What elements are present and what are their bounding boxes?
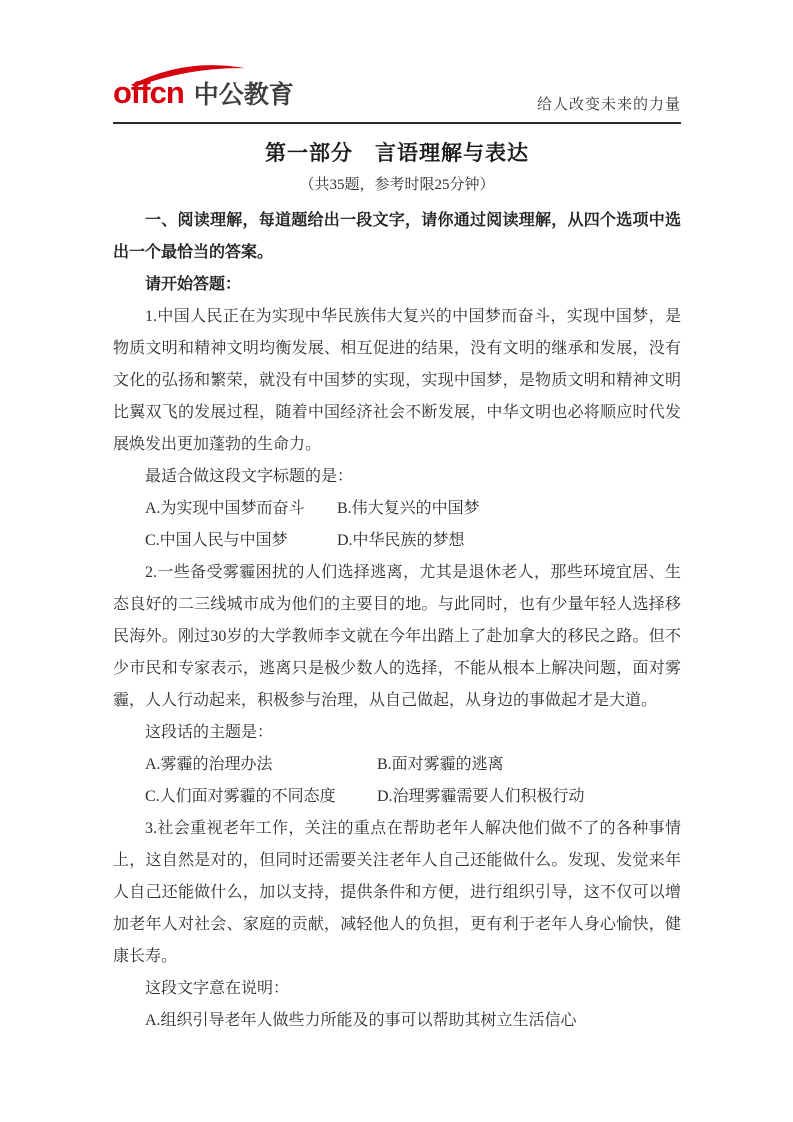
question-1-option-row-ab: A.为实现中国梦而奋斗B.伟大复兴的中国梦	[113, 493, 681, 525]
question-2-option-a: A.雾霾的治理办法	[145, 749, 377, 781]
question-2-option-row-ab: A.雾霾的治理办法B.面对雾霾的逃离	[113, 749, 681, 781]
question-1: 1.中国人民正在为实现中华民族伟大复兴的中国梦而奋斗，实现中国梦，是物质文明和精…	[113, 301, 681, 557]
header-divider	[113, 122, 681, 124]
begin-prompt: 请开始答题：	[113, 269, 681, 301]
question-2-option-b: B.面对雾霾的逃离	[377, 756, 504, 773]
question-2-option-d: D.治理雾霾需要人们积极行动	[377, 788, 585, 805]
question-1-option-b: B.伟大复兴的中国梦	[337, 500, 480, 517]
question-1-option-c: C.中国人民与中国梦	[145, 525, 337, 557]
question-3: 3.社会重视老年工作，关注的重点在帮助老年人解决他们做不了的各种事情上，这自然是…	[113, 813, 681, 1037]
question-1-prompt: 最适合做这段文字标题的是：	[113, 461, 681, 493]
section-subtitle: （共35题，参考时限25分钟）	[113, 174, 681, 196]
question-1-option-d: D.中华民族的梦想	[337, 532, 465, 549]
question-3-option-a: A.组织引导老年人做些力所能及的事可以帮助其树立生活信心	[145, 1005, 577, 1037]
logo-swoosh-icon	[129, 61, 247, 89]
question-2-prompt: 这段话的主题是：	[113, 717, 681, 749]
letterhead: offcn中公教育 给人改变未来的力量	[113, 50, 681, 114]
offcn-logo: offcn中公教育	[113, 77, 294, 108]
question-1-option-row-cd: C.中国人民与中国梦D.中华民族的梦想	[113, 525, 681, 557]
question-2-option-c: C.人们面对雾霾的不同态度	[145, 781, 377, 813]
slogan-text: 给人改变未来的力量	[537, 93, 681, 114]
question-2: 2.一些备受雾霾困扰的人们选择逃离，尤其是退休老人，那些环境宜居、生态良好的二三…	[113, 557, 681, 813]
instruction-paragraph: 一、阅读理解，每道题给出一段文字，请你通过阅读理解，从四个选项中选出一个最恰当的…	[113, 205, 681, 269]
question-3-stem: 3.社会重视老年工作，关注的重点在帮助老年人解决他们做不了的各种事情上，这自然是…	[113, 813, 681, 973]
document-body: 一、阅读理解，每道题给出一段文字，请你通过阅读理解，从四个选项中选出一个最恰当的…	[113, 205, 681, 1037]
question-2-option-row-cd: C.人们面对雾霾的不同态度D.治理雾霾需要人们积极行动	[113, 781, 681, 813]
question-1-option-a: A.为实现中国梦而奋斗	[145, 493, 337, 525]
question-2-stem: 2.一些备受雾霾困扰的人们选择逃离，尤其是退休老人，那些环境宜居、生态良好的二三…	[113, 557, 681, 717]
question-1-stem: 1.中国人民正在为实现中华民族伟大复兴的中国梦而奋斗，实现中国梦，是物质文明和精…	[113, 301, 681, 461]
question-3-option-row-a: A.组织引导老年人做些力所能及的事可以帮助其树立生活信心	[113, 1005, 681, 1037]
document-page: offcn中公教育 给人改变未来的力量 第一部分 言语理解与表达 （共35题，参…	[0, 0, 793, 1122]
section-title: 第一部分 言语理解与表达	[113, 138, 681, 168]
question-3-prompt: 这段文字意在说明：	[113, 973, 681, 1005]
